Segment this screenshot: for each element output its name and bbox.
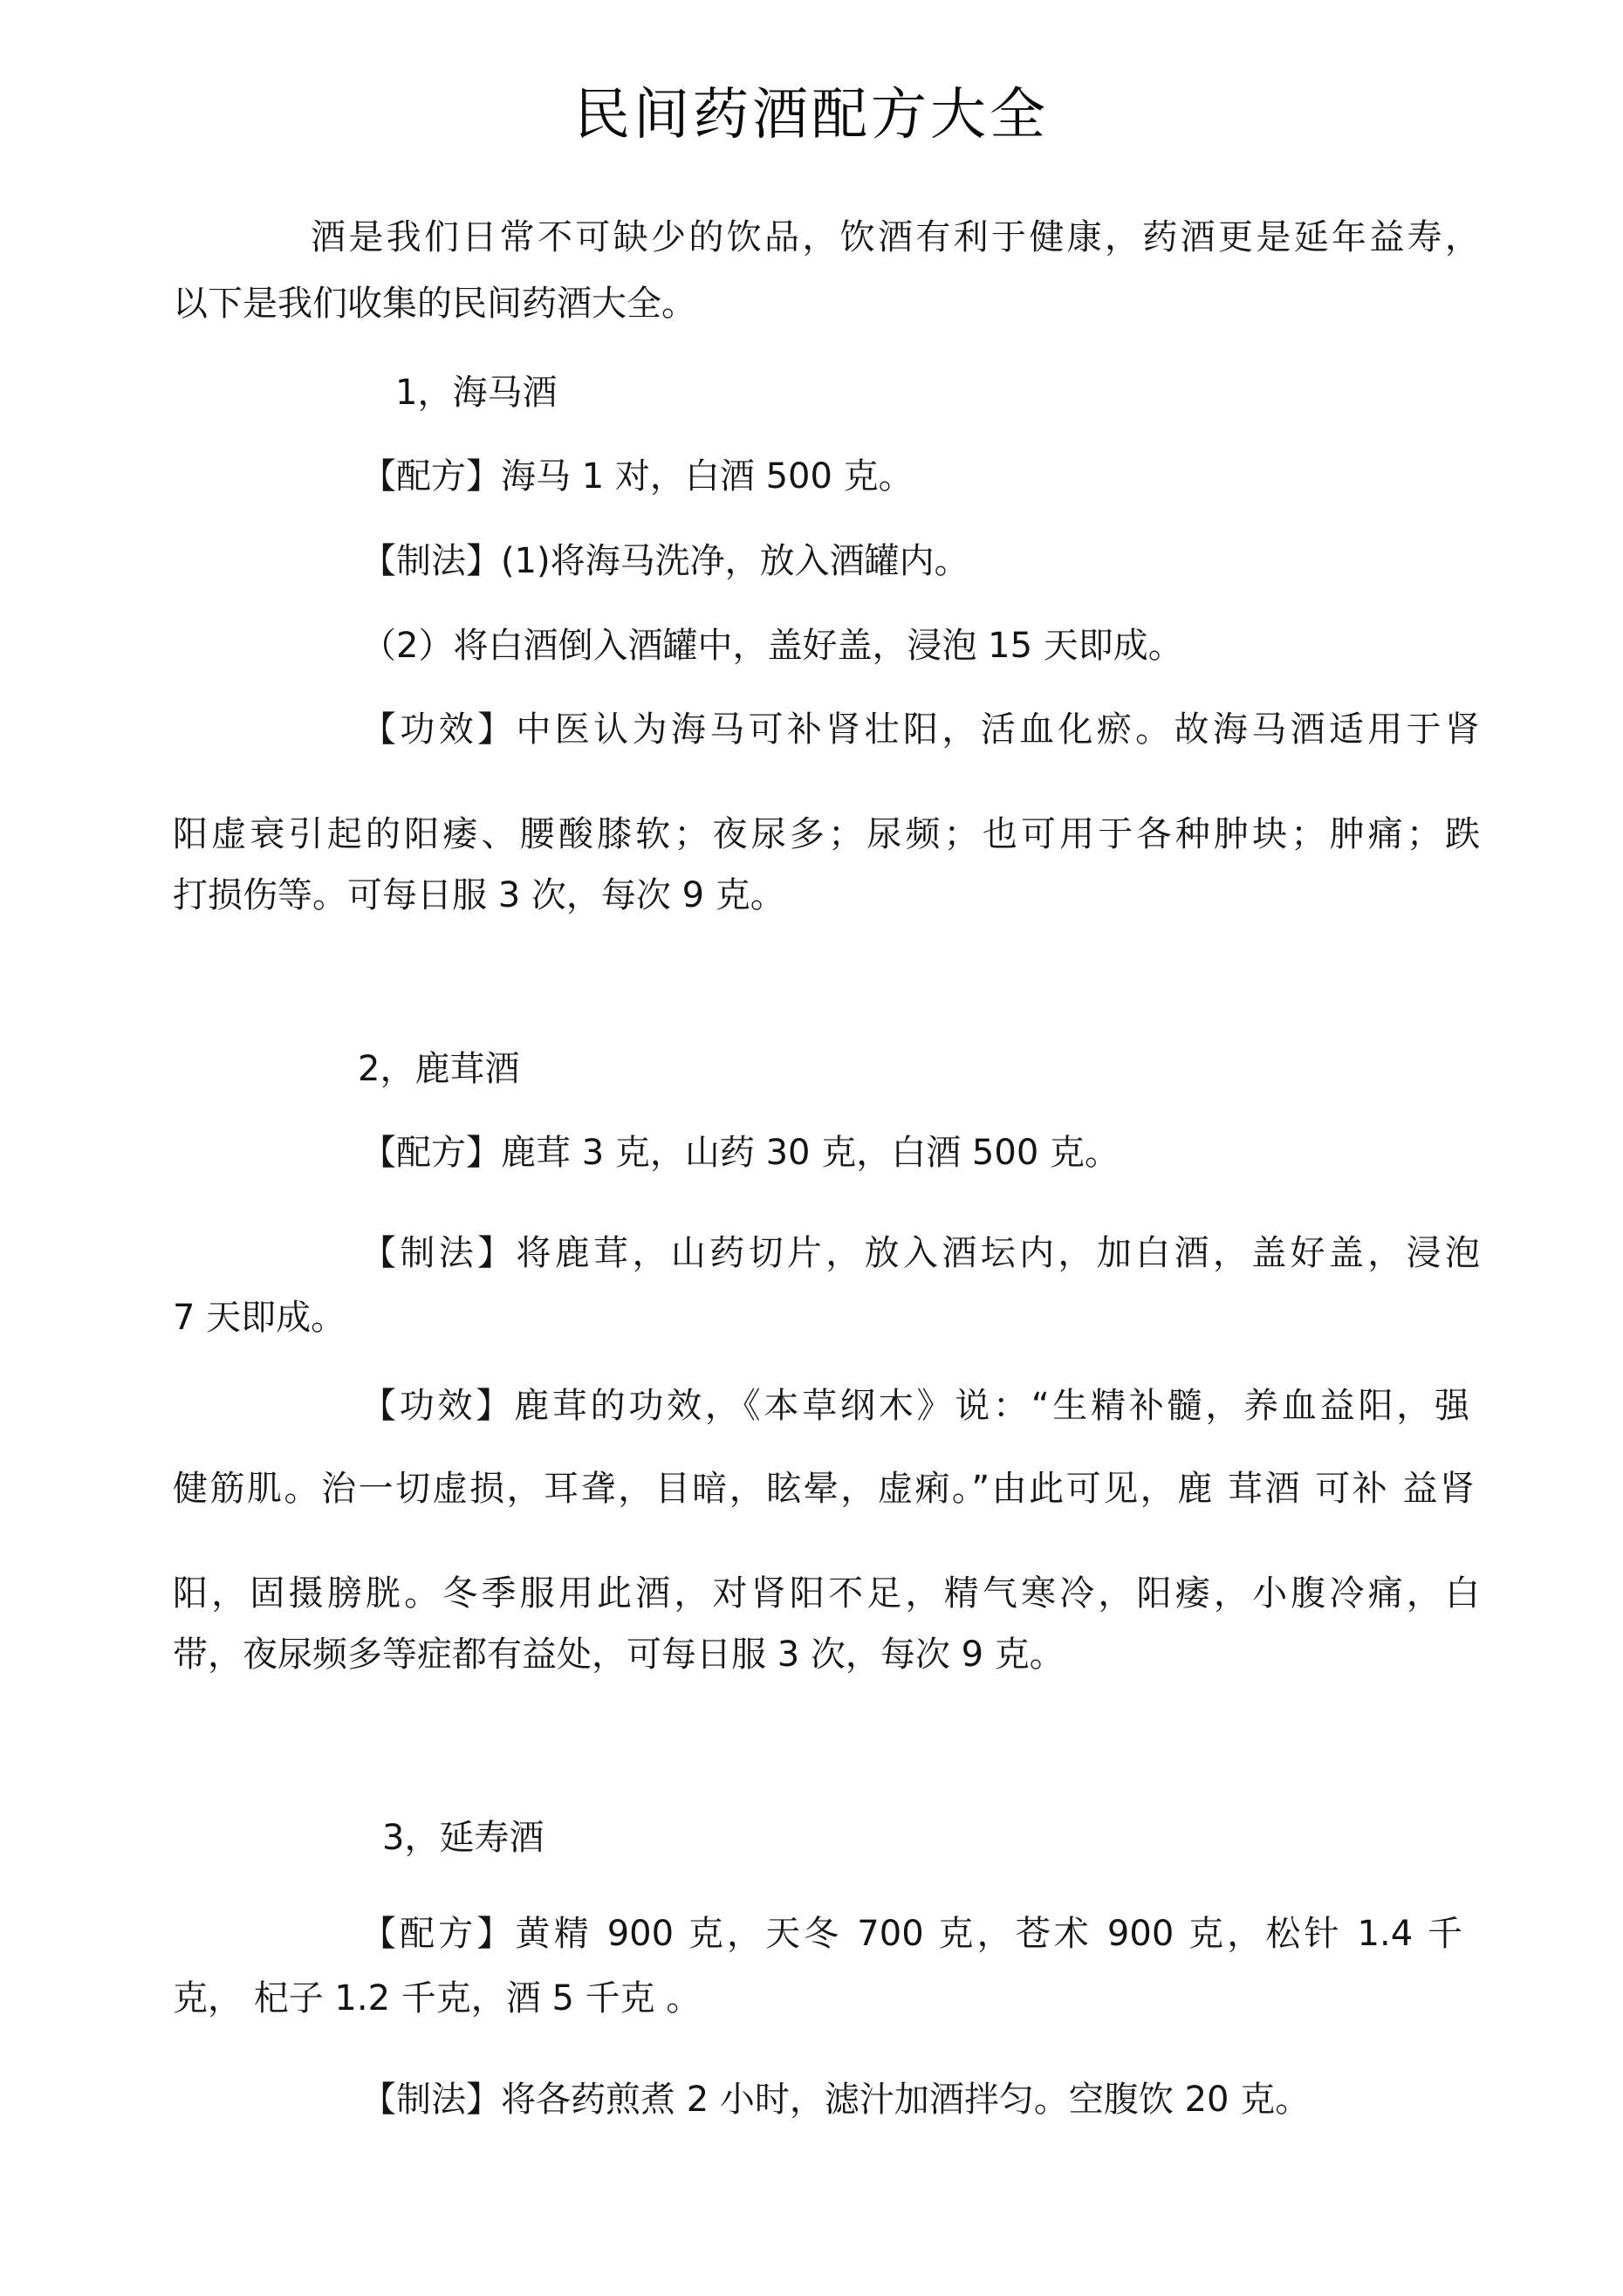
section-1-method-2: （2）将白酒倒入酒罐中，盖好盖，浸泡 15 天即成。 xyxy=(361,623,1183,668)
section-1-effect-1: 【功效】中医认为海马可补肾壮阳，活血化瘀。故海马酒适用于肾 xyxy=(361,707,1480,752)
document-title: 民间药酒配方大全 xyxy=(0,80,1623,150)
section-1-formula: 【配方】海马 1 对，白酒 500 克。 xyxy=(361,454,914,499)
section-heading-2: 2，鹿茸酒 xyxy=(358,1046,519,1092)
section-2-method-2: 7 天即成。 xyxy=(173,1295,346,1340)
section-3-formula-1: 【配方】黄精 900 克，天冬 700 克，苍术 900 克，松针 1.4 千 xyxy=(361,1911,1462,1957)
section-heading-3: 3，延寿酒 xyxy=(382,1815,544,1861)
section-2-effect-2: 健筋肌。治一切虚损，耳聋，目暗，眩晕，虚痢。”由此可见，鹿 茸酒 可补 益肾 xyxy=(173,1466,1475,1511)
section-2-effect-1: 【功效】鹿茸的功效，《本草纲木》说：“生精补髓，养血益阳，强 xyxy=(361,1383,1469,1429)
section-1-effect-2: 阳虚衰引起的阳痿、腰酸膝软；夜尿多；尿频；也可用于各种肿块；肿痛；跌 xyxy=(173,812,1480,857)
section-1-method-1: 【制法】(1)将海马洗净，放入酒罐内。 xyxy=(361,538,969,584)
section-3-method: 【制法】将各药煎煮 2 小时，滤汁加酒拌匀。空腹饮 20 克。 xyxy=(361,2077,1310,2122)
section-1-effect-3: 打损伤等。可每日服 3 次，每次 9 克。 xyxy=(173,873,785,918)
section-heading-1: 1，海马酒 xyxy=(395,370,557,415)
section-2-formula: 【配方】鹿茸 3 克，山药 30 克，白酒 500 克。 xyxy=(361,1130,1120,1175)
document-page: 民间药酒配方大全 酒是我们日常不可缺少的饮品，饮酒有利于健康，药酒更是延年益寿，… xyxy=(0,0,1623,2296)
section-2-effect-3: 阳，固摄膀胱。冬季服用此酒，对肾阳不足，精气寒冷，阳痿，小腹冷痛，白 xyxy=(173,1571,1480,1616)
section-3-formula-2: 克， 杞子 1.2 千克，酒 5 千克 。 xyxy=(173,1976,701,2021)
section-2-effect-4: 带，夜尿频多等症都有益处，可每日服 3 次，每次 9 克。 xyxy=(173,1632,1065,1677)
section-2-method-1: 【制法】将鹿茸，山药切片，放入酒坛内，加白酒，盖好盖，浸泡 xyxy=(361,1230,1480,1276)
intro-line-2: 以下是我们收集的民间药酒大全。 xyxy=(173,281,696,326)
intro-line-1: 酒是我们日常不可缺少的饮品，饮酒有利于健康，药酒更是延年益寿， xyxy=(311,215,1480,260)
